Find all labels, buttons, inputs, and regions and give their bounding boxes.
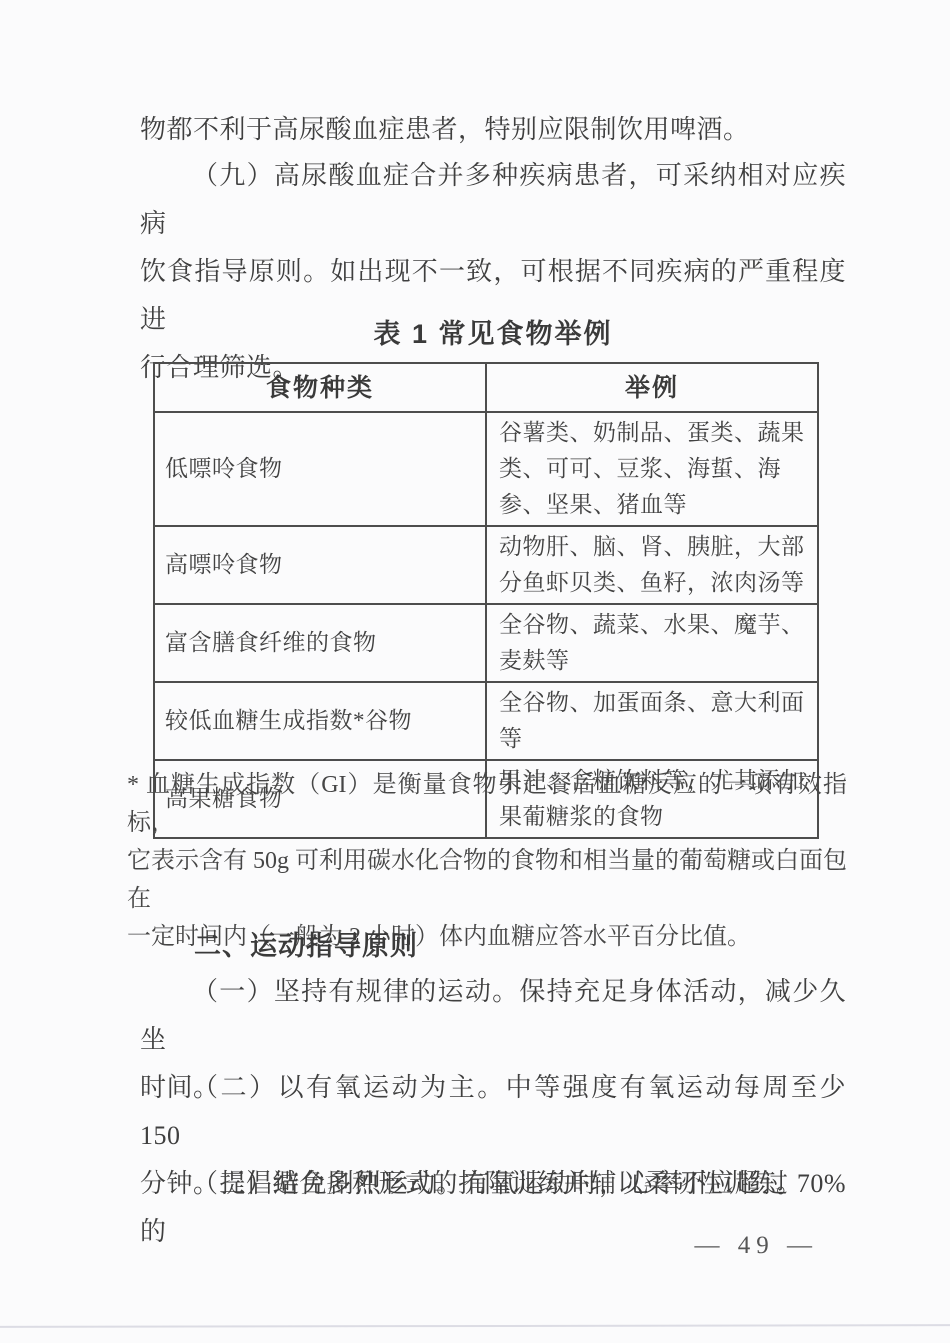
examples-cell: 全谷物、蔬菜、水果、魔芋、麦麸等	[486, 604, 818, 682]
category-cell: 富含膳食纤维的食物	[154, 604, 486, 682]
table-row: 低嘌呤食物 谷薯类、奶制品、蛋类、蔬果类、可可、豆浆、海蜇、海参、坚果、猪血等	[154, 412, 818, 526]
paragraph-nine: （九）高尿酸血症合并多种疾病患者，可采纳相对应疾病 饮食指导原则。如出现不一致，…	[140, 152, 846, 392]
examples-cell: 全谷物、加蛋面条、意大利面等	[486, 682, 818, 760]
page-number: — 49 —	[140, 1232, 818, 1260]
document-page: 物都不利于高尿酸血症患者，特别应限制饮用啤酒。 （九）高尿酸血症合并多种疾病患者…	[0, 0, 950, 1343]
intro-paragraph: 物都不利于高尿酸血症患者，特别应限制饮用啤酒。	[140, 106, 846, 154]
examples-cell: 动物肝、脑、肾、胰脏，大部分鱼虾贝类、鱼籽，浓肉汤等	[486, 526, 818, 604]
table-row: 富含膳食纤维的食物 全谷物、蔬菜、水果、魔芋、麦麸等	[154, 604, 818, 682]
category-cell: 较低血糖生成指数*谷物	[154, 682, 486, 760]
table-title: 表 1 常见食物举例	[140, 312, 846, 351]
category-cell: 高嘌呤食物	[154, 526, 486, 604]
column-header-category: 食物种类	[154, 363, 486, 412]
scan-edge-line	[0, 1324, 950, 1328]
category-cell: 低嘌呤食物	[154, 412, 486, 526]
table-header-row: 食物种类 举例	[154, 363, 818, 412]
table-row: 高嘌呤食物 动物肝、脑、肾、胰脏，大部分鱼虾贝类、鱼籽，浓肉汤等	[154, 526, 818, 604]
examples-cell: 谷薯类、奶制品、蛋类、蔬果类、可可、豆浆、海蜇、海参、坚果、猪血等	[486, 412, 818, 526]
section-heading-exercise: 二、运动指导原则	[140, 922, 846, 970]
table-row: 较低血糖生成指数*谷物 全谷物、加蛋面条、意大利面等	[154, 682, 818, 760]
column-header-examples: 举例	[486, 363, 818, 412]
